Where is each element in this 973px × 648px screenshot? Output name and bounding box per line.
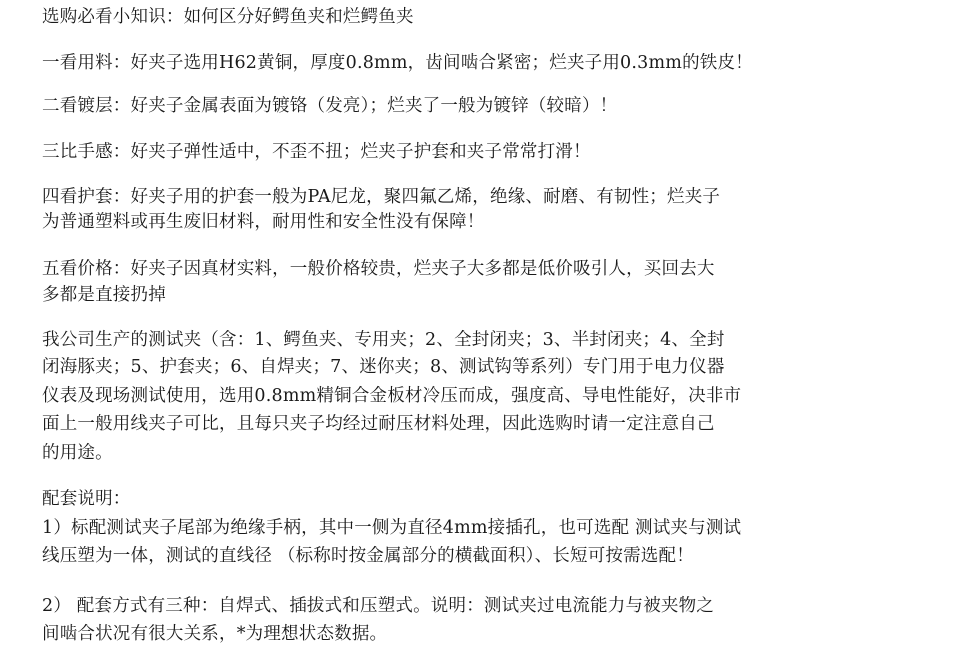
paragraph-material: 一看用料：好夹子选用H62黄铜，厚度0.8mm，齿间啮合紧密；烂夹子用0.3mm… <box>42 53 753 73</box>
paragraph-company-line-2: 闭海豚夹；5、护套夹；6、自焊夹；7、迷你夹；8、测试钩等系列）专门用于电力仪器 <box>42 357 725 377</box>
paragraph-company-line-5: 的用途。 <box>42 443 113 463</box>
accessories-item-1-line-1: 1）标配测试夹子尾部为绝缘手柄，其中一侧为直径4mm接插孔，也可选配 测试夹与测… <box>42 518 741 538</box>
paragraph-feel: 三比手感：好夹子弹性适中，不歪不扭；烂夹子护套和夹子常常打滑！ <box>42 142 591 162</box>
document-title: 选购必看小知识：如何区分好鳄鱼夹和烂鳄鱼夹 <box>42 7 414 27</box>
paragraph-sheath-line-1: 四看护套：好夹子用的护套一般为PA尼龙，聚四氟乙烯，绝缘、耐磨、有韧性；烂夹子 <box>42 187 720 207</box>
paragraph-price-line-2: 多都是直接扔掉 <box>42 285 166 305</box>
accessories-item-2-line-1: 2） 配套方式有三种：自焊式、插拔式和压塑式。说明：测试夹过电流能力与被夹物之 <box>42 596 714 616</box>
paragraph-company-line-3: 仪表及现场测试使用，选用0.8mm精铜合金板材冷压而成，强度高、导电性能好，决非… <box>42 386 741 406</box>
accessories-item-2-line-2: 间啮合状况有很大关系，*为理想状态数据。 <box>42 624 387 644</box>
paragraph-plating: 二看镀层：好夹子金属表面为镀铬（发亮）；烂夹了一般为镀锌（较暗）！ <box>42 96 617 116</box>
paragraph-price-line-1: 五看价格：好夹子因真材实料，一般价格较贵，烂夹子大多都是低价吸引人，买回去大 <box>42 259 715 279</box>
paragraph-company-line-4: 面上一般用线夹子可比，且每只夹子均经过耐压材料处理，因此选购时请一定注意自己 <box>42 414 715 434</box>
paragraph-company-line-1: 我公司生产的测试夹（含：1、鳄鱼夹、专用夹；2、全封闭夹；3、半封闭夹；4、全封 <box>42 330 725 350</box>
accessories-item-1-line-2: 线压塑为一体，测试的直线径 （标称时按金属部分的横截面积）、长短可按需选配！ <box>42 546 694 566</box>
paragraph-sheath-line-2: 为普通塑料或再生废旧材料，耐用性和安全性没有保障！ <box>42 212 485 232</box>
accessories-heading: 配套说明： <box>42 489 131 509</box>
